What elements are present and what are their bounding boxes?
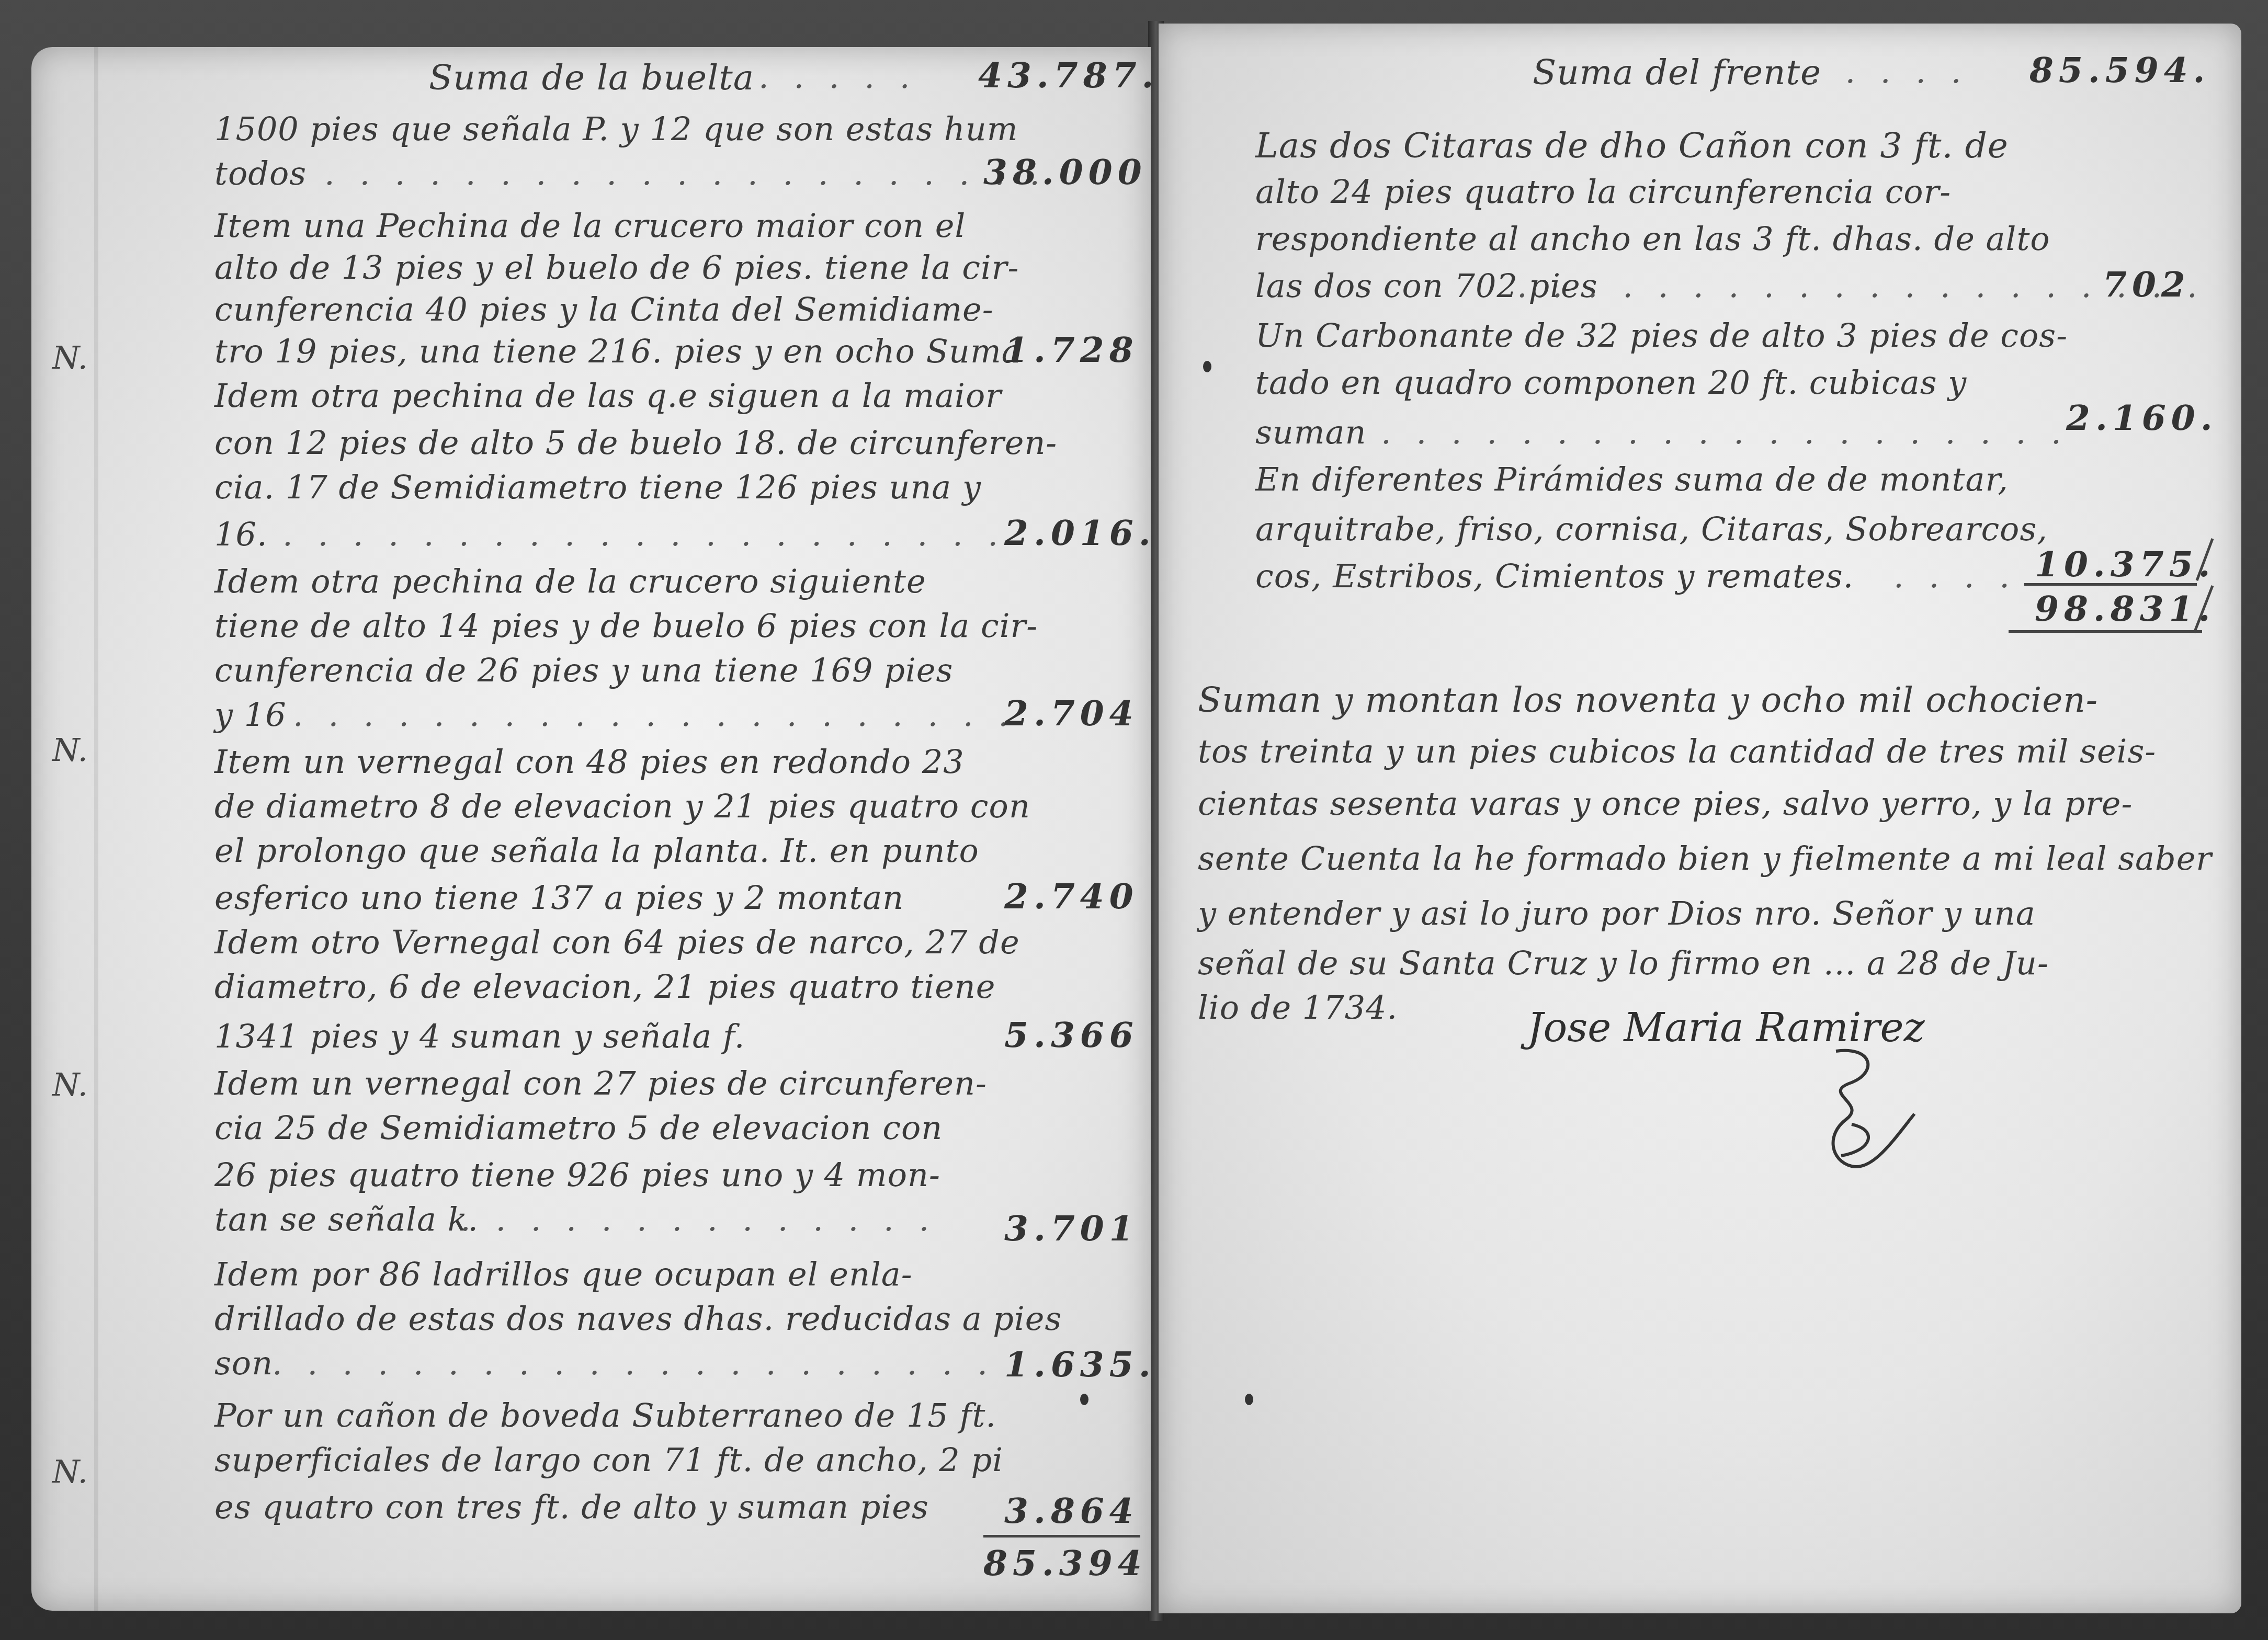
margin-mark-n: N. xyxy=(52,1454,88,1490)
leader-dots: . . . . . . . . . . . . . . . . . . . . … xyxy=(282,515,1005,553)
left-amount-2: 2.016. xyxy=(1004,512,1156,553)
left-amount-8: 3.864 xyxy=(1004,1490,1139,1531)
right-line-0: Las dos Citaras de dho Cañon con 3 ft. d… xyxy=(1255,126,2009,166)
left-line-25: Idem por 86 ladrillos que ocupan el enla… xyxy=(214,1255,913,1293)
right-line-2: respondiente al ancho en las 3 ft. dhas.… xyxy=(1255,220,2050,258)
right-amount-0: 702 xyxy=(2103,264,2191,305)
left-line-6: Idem otra pechina de las q.e siguen a la… xyxy=(214,377,1002,415)
left-heading-label: Suma de la buelta xyxy=(429,58,754,98)
margin-mark-n: N. xyxy=(52,1067,88,1103)
left-amount-1: 1.728 xyxy=(1004,329,1139,370)
left-heading-value: 43.787. xyxy=(978,55,1159,96)
left-line-10: Idem otra pechina de la crucero siguient… xyxy=(214,562,926,600)
left-line-15: de diametro 8 de elevacion y 21 pies qua… xyxy=(214,787,1030,825)
left-line-4: cunferencia 40 pies y la Cinta del Semid… xyxy=(214,290,994,328)
leader-dots: . . . . . . . . . . . . . . xyxy=(460,1200,936,1238)
closing-line-2: cientas sesenta varas y once pies, salvo… xyxy=(1198,784,2133,823)
left-amount-0: 38.000 xyxy=(983,152,1147,192)
left-line-13: y 16 xyxy=(214,696,287,734)
closing-line-1: tos treinta y un pies cubicos la cantida… xyxy=(1198,732,2156,770)
left-line-14: Item un vernegal con 48 pies en redondo … xyxy=(214,743,965,781)
right-heading-label: Suma del frente xyxy=(1533,52,1821,93)
right-amount-1: 2.160. xyxy=(2066,397,2218,438)
left-line-16: el prolongo que señala la planta. It. en… xyxy=(214,832,979,870)
right-line-1: alto 24 pies quatro la circunferencia co… xyxy=(1255,173,1951,211)
subtotal-rule xyxy=(2024,583,2197,586)
left-line-22: cia 25 de Semidiametro 5 de elevacion co… xyxy=(214,1109,943,1147)
leader-dots: . . . . . . . . . . . . . . . . . . . . … xyxy=(293,696,1016,734)
right-line-7: En diferentes Pirámides suma de de monta… xyxy=(1255,460,2009,498)
leader-dots: . . . . . . . . . . . . . . . . . . . . xyxy=(1517,267,2205,305)
book-spread: Suma de la buelta . . . . . 43.787. 1500… xyxy=(0,0,2268,1640)
closing-line-3: sente Cuenta la he formado bien y fielme… xyxy=(1198,839,2212,878)
right-line-9: cos, Estribos, Cimientos y remates. xyxy=(1255,557,1854,595)
left-line-29: superficiales de largo con 71 ft. de anc… xyxy=(214,1441,1003,1479)
left-line-27: son xyxy=(214,1344,273,1382)
left-line-21: Idem un vernegal con 27 pies de circunfe… xyxy=(214,1064,987,1102)
left-line-12: cunferencia de 26 pies y una tiene 169 p… xyxy=(214,651,953,689)
right-line-5: tado en quadro componen 20 ft. cubicas y xyxy=(1255,363,1967,402)
left-line-0: 1500 pies que señala P. y 12 que son est… xyxy=(214,110,1018,148)
left-line-24: tan se señala k. xyxy=(214,1200,479,1238)
left-line-30: es quatro con tres ft. de alto y suman p… xyxy=(214,1488,929,1526)
left-amount-5: 5.366 xyxy=(1004,1015,1139,1055)
closing-line-5: señal de su Santa Cruz y lo firmo en ...… xyxy=(1198,944,2049,982)
leader-dots: . . . . . . . . . . . . . . . . . . . . … xyxy=(324,154,1047,192)
total-rule xyxy=(2009,630,2202,633)
left-line-28: Por un cañon de boveda Subterraneo de 15… xyxy=(214,1396,996,1434)
left-line-3: alto de 13 pies y el buelo de 6 pies. ti… xyxy=(214,248,1019,287)
left-line-18: Idem otro Vernegal con 64 pies de narco,… xyxy=(214,923,1020,961)
right-line-6: suman xyxy=(1255,413,1366,451)
left-line-19: diametro, 6 de elevacion, 21 pies quatro… xyxy=(214,967,996,1006)
leader-dots: . . . . . . . . . . . . . . . . . . . . xyxy=(1381,413,2069,451)
left-line-9: 16. xyxy=(214,515,268,553)
ink-dot xyxy=(1080,1394,1088,1405)
left-line-8: cia. 17 de Semidiametro tiene 126 pies u… xyxy=(214,468,981,506)
left-line-26: drillado de estas dos naves dhas. reduci… xyxy=(214,1300,1062,1338)
left-line-5: tro 19 pies, una tiene 216. pies y en oc… xyxy=(214,332,1022,370)
closing-line-6: lio de 1734. xyxy=(1198,988,1398,1027)
ink-dot xyxy=(1245,1394,1253,1405)
right-line-4: Un Carbonante de 32 pies de alto 3 pies … xyxy=(1255,316,2068,355)
left-amount-7: 1.635. xyxy=(1004,1344,1156,1385)
closing-line-4: y entender y asi lo juro por Dios nro. S… xyxy=(1198,894,2036,932)
leader-dots: . . . . . xyxy=(758,58,917,96)
ink-dot xyxy=(1203,361,1211,372)
total-rule xyxy=(983,1535,1140,1537)
left-amount-6: 3.701 xyxy=(1004,1208,1139,1249)
leader-dots: . . . . . xyxy=(1810,52,1968,90)
left-line-1: todos xyxy=(214,154,307,192)
left-amount-3: 2.704 xyxy=(1004,693,1139,734)
right-line-8: arquitrabe, friso, cornisa, Citaras, Sob… xyxy=(1255,510,2048,548)
left-line-11: tiene de alto 14 pies y de buelo 6 pies … xyxy=(214,607,1038,645)
bracket-mark xyxy=(2186,533,2218,638)
closing-line-0: Suman y montan los noventa y ocho mil oc… xyxy=(1198,680,2098,720)
margin-mark-n: N. xyxy=(52,732,88,769)
left-line-17: esferico uno tiene 137 a pies y 2 montan xyxy=(214,879,904,917)
margin-mark-n: N. xyxy=(52,340,88,377)
leader-dots: . . . . xyxy=(1893,557,2017,595)
left-line-2: Item una Pechina de la crucero maior con… xyxy=(214,207,966,245)
left-amount-4: 2.740 xyxy=(1004,876,1139,917)
left-line-20: 1341 pies y 4 suman y señala f. xyxy=(214,1017,745,1055)
left-line-23: 26 pies quatro tiene 926 pies uno y 4 mo… xyxy=(214,1156,940,1194)
signature-flourish-icon xyxy=(1789,1041,1935,1177)
leader-dots: . . . . . . . . . . . . . . . . . . . . … xyxy=(272,1344,995,1382)
left-total: 85.394 xyxy=(983,1543,1147,1584)
left-line-7: con 12 pies de alto 5 de buelo 18. de ci… xyxy=(214,424,1057,462)
right-heading-value: 85.594. xyxy=(2029,50,2210,90)
